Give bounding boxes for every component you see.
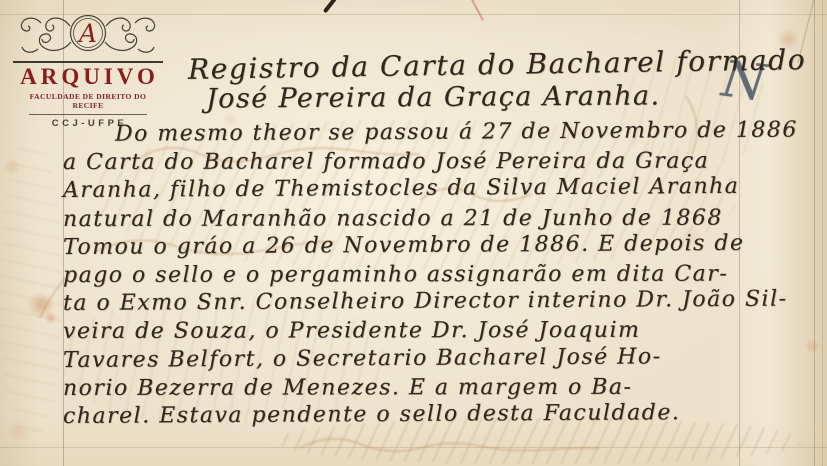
- manuscript-body: Do mesmo theor se passou á 27 de Novembr…: [63, 121, 798, 431]
- logo-subtitle: FACULDADE DE DIREITO DO RECIFE: [13, 92, 163, 110]
- logo-divider: [29, 114, 147, 115]
- page-edge-line-outer: [822, 0, 823, 466]
- manuscript-line: charel. Estava pendente o sello desta Fa…: [63, 398, 798, 431]
- archive-logo: A ARQUIVO FACULDADE DE DIREITO DO RECIFE…: [13, 6, 163, 129]
- logo-ornament: A: [14, 6, 162, 60]
- logo-top-rule: [13, 61, 163, 63]
- manuscript-line: veira de Souza, o Presidente Dr. José Jo…: [63, 317, 798, 347]
- manuscript-line: Tavares Belfort, o Secretario Bacharel J…: [63, 342, 798, 375]
- faint-ruling-line-bottom: [0, 447, 827, 448]
- page-edge-line: [814, 0, 815, 466]
- logo-monogram: A: [77, 19, 97, 48]
- manuscript-scan-page: A ARQUIVO FACULDADE DE DIREITO DO RECIFE…: [0, 0, 827, 466]
- manuscript-line: Tomou o gráo a 26 de Novembro de 1886. E…: [63, 229, 798, 262]
- manuscript-line: Aranha, filho de Themistocles da Silva M…: [63, 173, 798, 206]
- logo-title: ARQUIVO: [13, 65, 163, 89]
- manuscript-line: ta o Exmo Snr. Conselheiro Director inte…: [63, 286, 798, 319]
- manuscript-heading-line: José Pereira da Graça Aranha.: [206, 80, 661, 114]
- manuscript-line: Do mesmo theor se passou á 27 de Novembr…: [63, 117, 798, 150]
